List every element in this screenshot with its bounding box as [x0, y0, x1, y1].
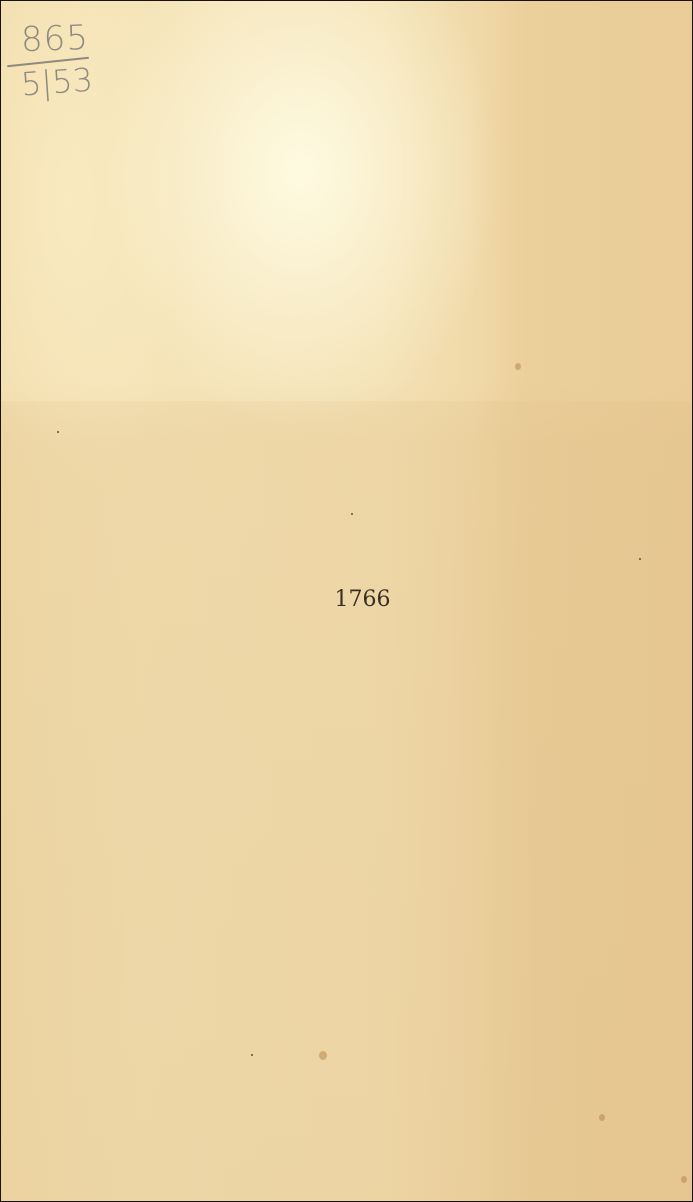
foxing-spot [599, 1114, 605, 1121]
handwritten-catalog-note: 865 5|53 [7, 11, 97, 101]
paper-shading-lower [1, 401, 693, 1202]
foxing-spot [681, 1176, 687, 1183]
foxing-spot [319, 1051, 327, 1060]
catalog-subnumber: 5|53 [20, 61, 94, 104]
paper-speck [57, 431, 59, 433]
publication-year: 1766 [1, 587, 693, 612]
paper-speck [351, 513, 353, 515]
paper-speck [251, 1054, 253, 1056]
scanned-page: 865 5|53 1766 [0, 0, 693, 1202]
foxing-spot [515, 363, 521, 370]
catalog-number: 865 [20, 18, 89, 60]
paper-speck [639, 558, 641, 560]
